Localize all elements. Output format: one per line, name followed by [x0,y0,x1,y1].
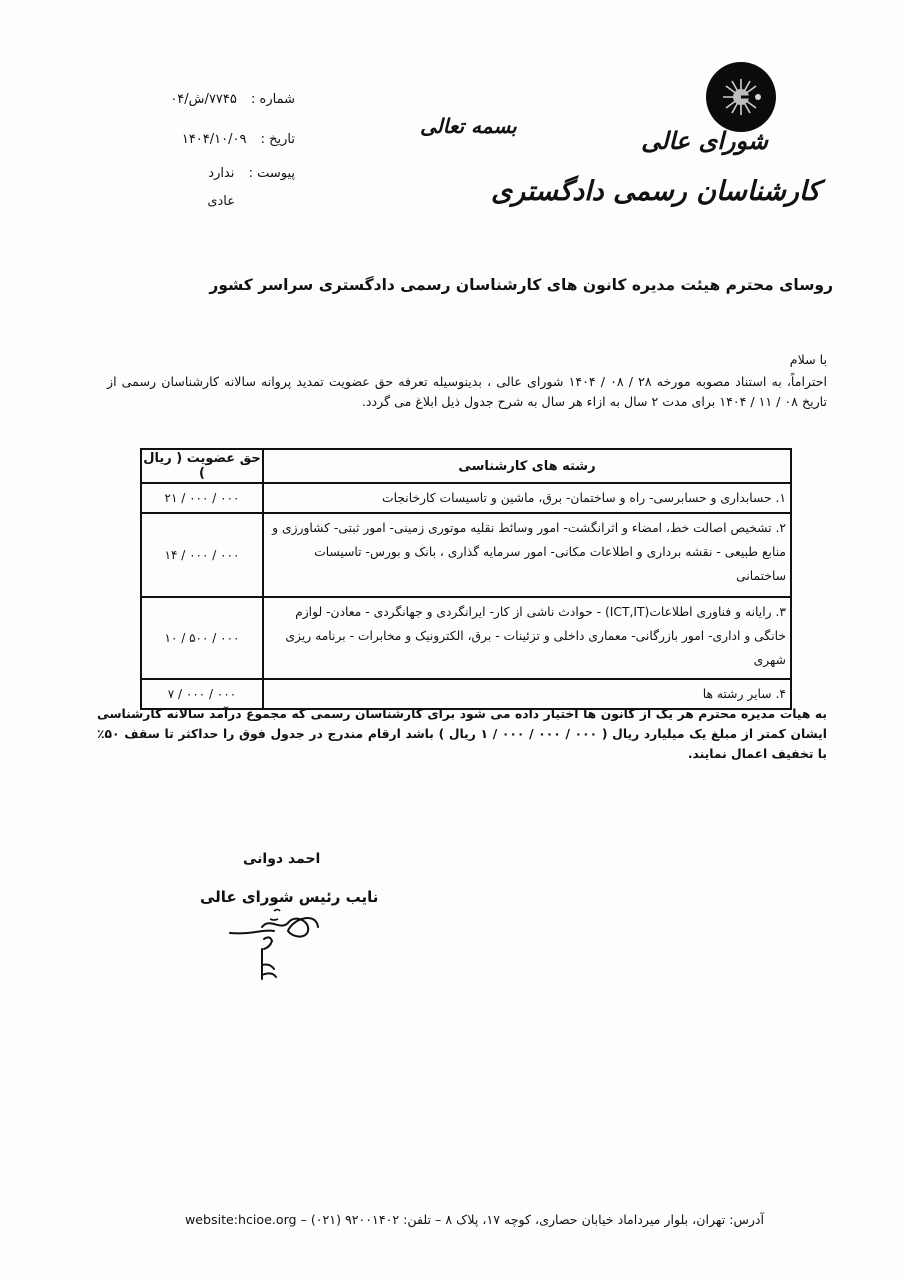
fee-cell: ۱۴ / ۰۰۰ / ۰۰۰ [141,513,263,597]
discount-note: به هیات مدیره محترم هر یک از کانون ها اخ… [97,704,827,764]
signatory-name: احمد دوانی [243,851,320,867]
attachment-label: پیوست : [249,166,295,181]
date-label: تاریخ : [261,132,295,147]
sun-emblem-icon [706,62,776,132]
table-row: ۲. تشخیص اصالت خط، امضاء و اثرانگشت- امو… [141,513,791,597]
org-name-line2: کارشناسان رسمی دادگستری [491,176,820,207]
letter-number: شماره : ۷۷۴۵/ش/۰۴ [170,92,295,107]
intro-paragraph: احتراماً، به استناد مصوبه مورخه ۲۸ / ۰۸ … [107,372,827,412]
header-field: رشته های کارشناسی [263,449,791,483]
table-header-row: رشته های کارشناسی حق عضویت ( ریال ) [141,449,791,483]
fee-cell: ۲۱ / ۰۰۰ / ۰۰۰ [141,483,263,513]
letter-attachment: پیوست : ندارد [208,166,295,181]
handwritten-signature [222,905,332,989]
table-row: ۳. رایانه و فناوری اطلاعات(ICT,IT) - حوا… [141,597,791,679]
signatory-title: نایب رئیس شورای عالی [200,888,378,906]
field-cell: ۲. تشخیص اصالت خط، امضاء و اثرانگشت- امو… [263,513,791,597]
attachment-value: ندارد [208,166,234,181]
recipient-heading: روسای محترم هیئت مدیره کانون های کارشناس… [209,276,833,294]
date-value: ۱۴۰۴/۱۰/۰۹ [182,132,247,147]
fee-table: رشته های کارشناسی حق عضویت ( ریال ) ۱. ح… [140,448,792,710]
number-label: شماره : [251,92,295,107]
org-name-line1: شورای عالی [641,126,768,155]
fee-cell: ۱۰ / ۵۰۰ / ۰۰۰ [141,597,263,679]
header-fee: حق عضویت ( ریال ) [141,449,263,483]
field-cell: ۱. حسابداری و حسابرسی- راه و ساختمان- بر… [263,483,791,513]
number-value: ۷۷۴۵/ش/۰۴ [170,92,237,107]
table-row: ۱. حسابداری و حسابرسی- راه و ساختمان- بر… [141,483,791,513]
field-cell: ۳. رایانه و فناوری اطلاعات(ICT,IT) - حوا… [263,597,791,679]
greeting: با سلام [790,352,827,367]
invocation-heading: بسمه تعالی [420,114,517,138]
letter-date: تاریخ : ۱۴۰۴/۱۰/۰۹ [182,132,295,147]
priority-label: عادی [207,194,235,209]
footer-contact: آدرس: تهران، بلوار میرداماد خیابان حصاری… [185,1212,764,1227]
